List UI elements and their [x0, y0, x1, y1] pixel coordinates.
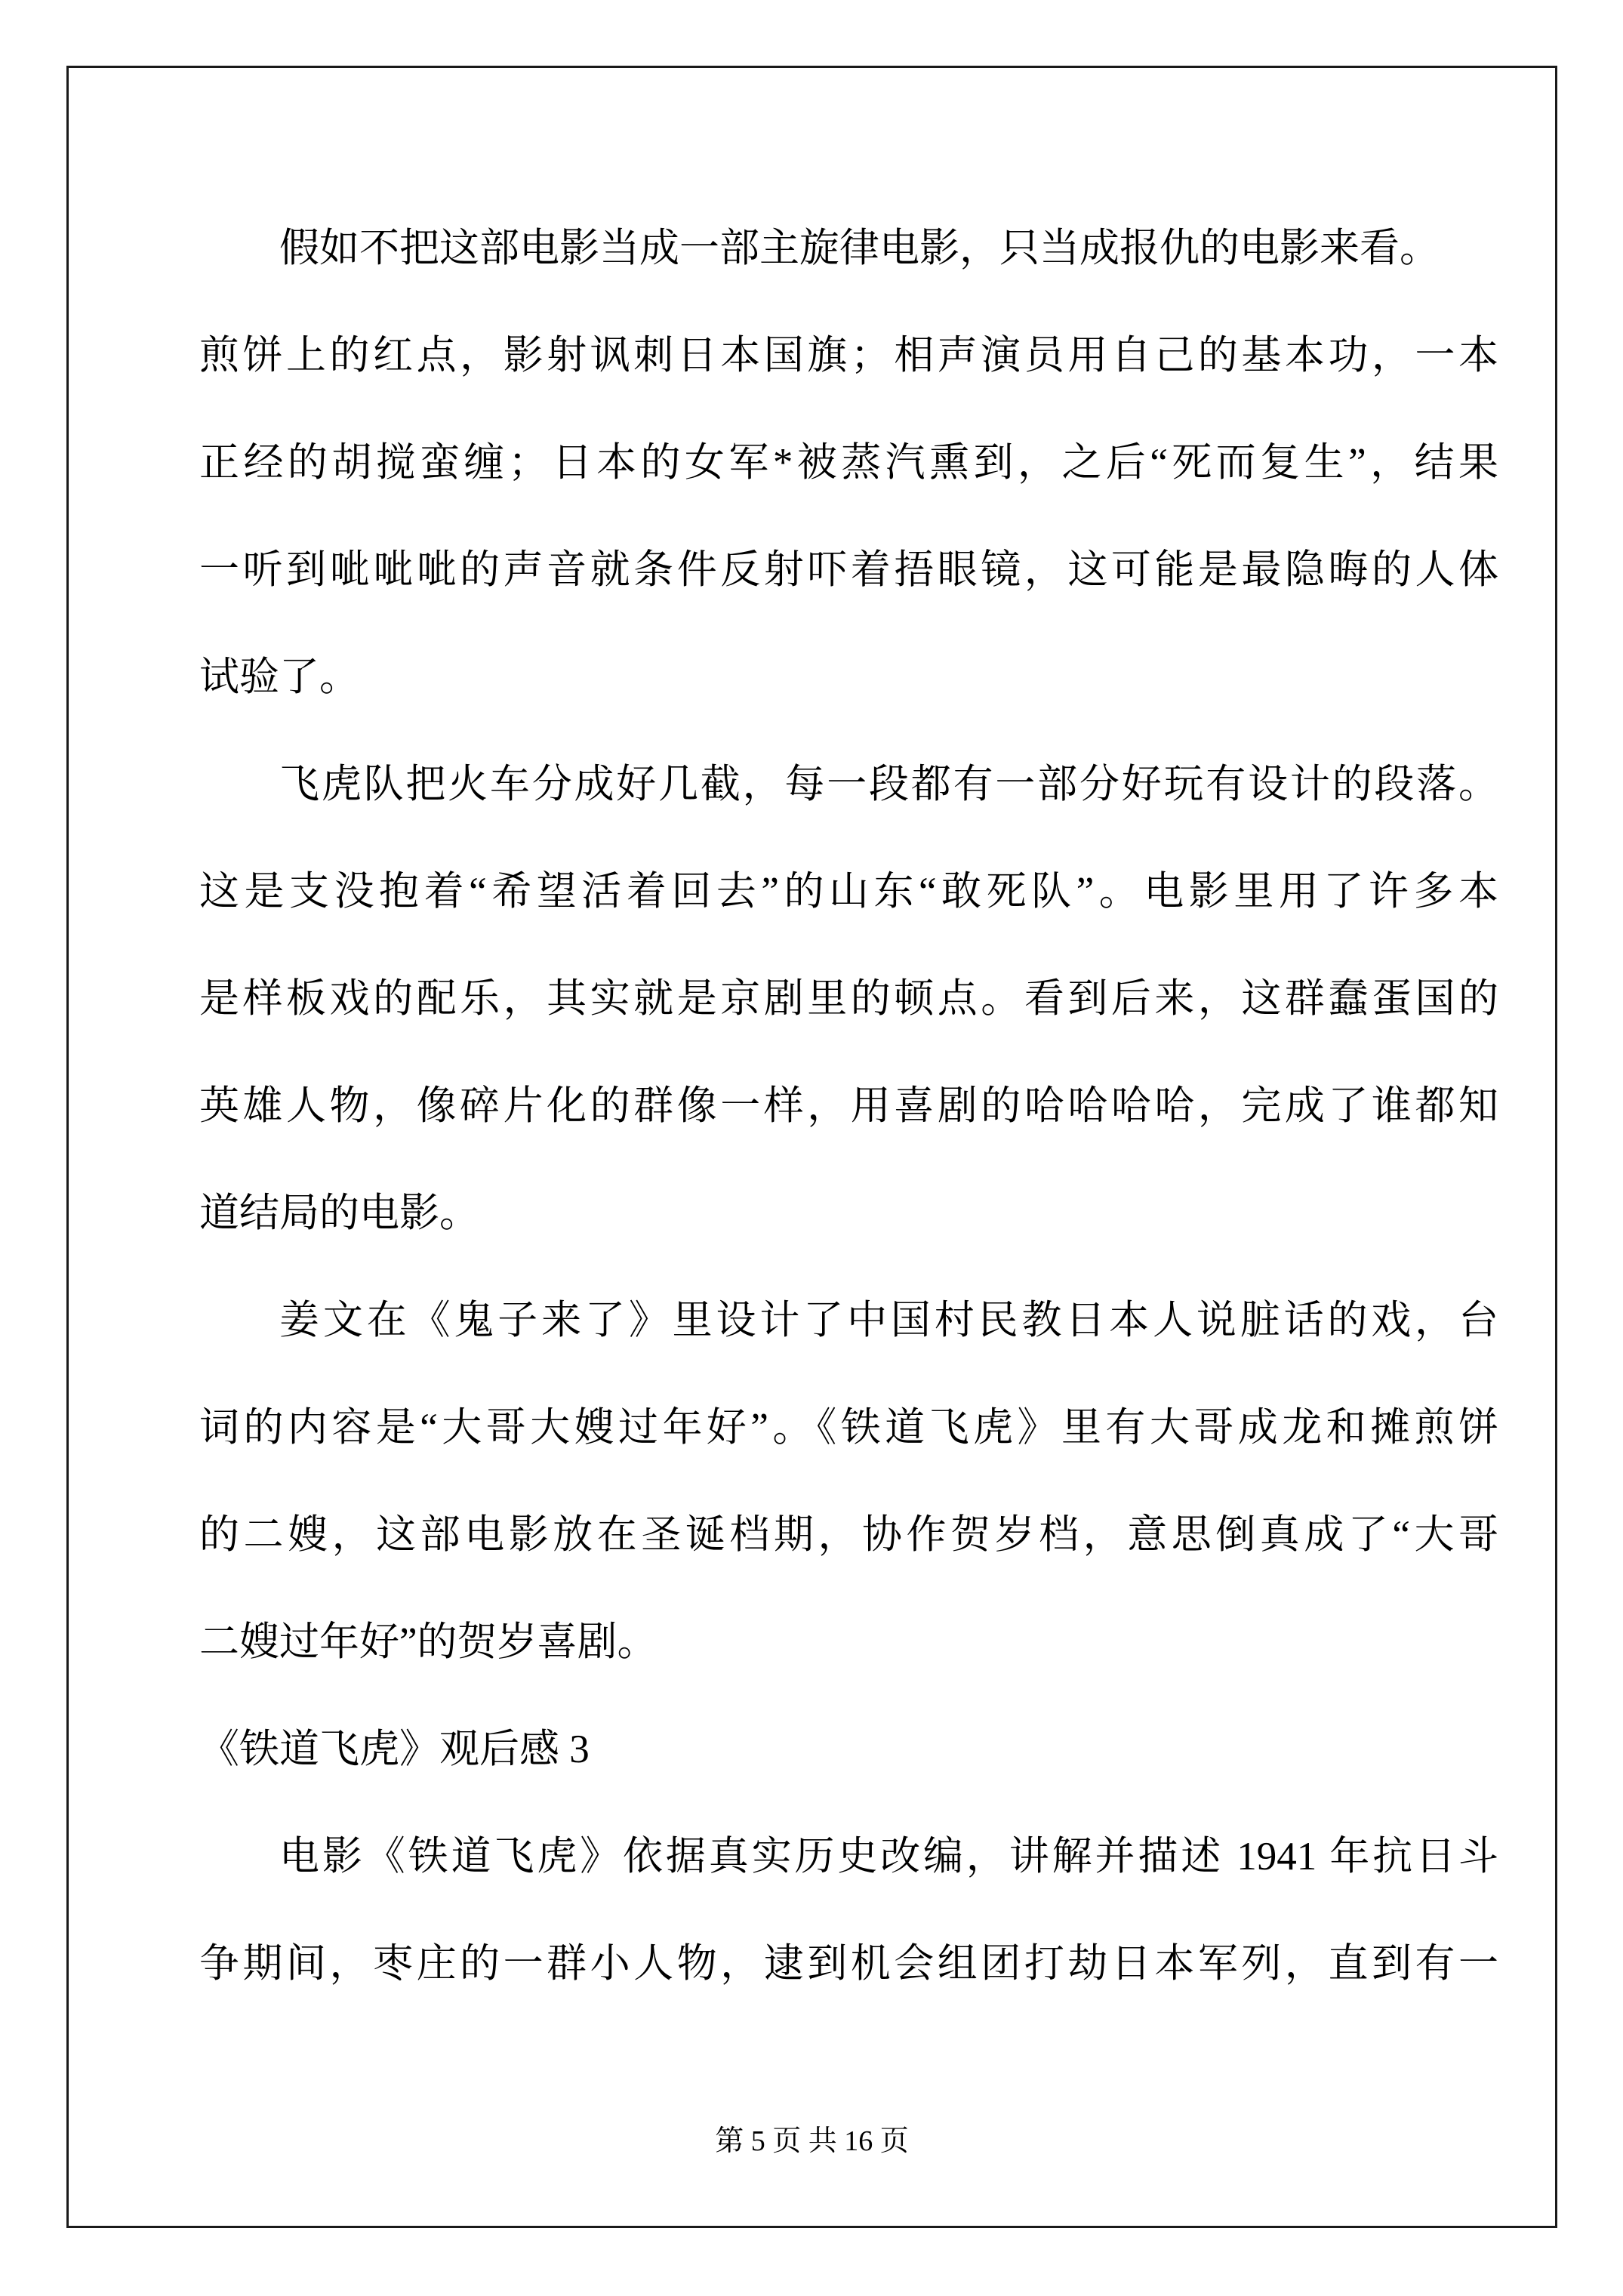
text-line: 一听到呲呲呲的声音就条件反射吓着捂眼镜，这可能是最隐晦的人体 [199, 516, 1498, 624]
text-line: 这是支没抱着“希望活着回去”的山东“敢死队”。电影里用了许多本 [199, 838, 1498, 945]
text-line: 假如不把这部电影当成一部主旋律电影，只当成报仇的电影来看。 [199, 195, 1498, 302]
text-line: 煎饼上的红点，影射讽刺日本国旗；相声演员用自己的基本功，一本 [199, 302, 1498, 409]
text-line: 飞虎队把火车分成好几截，每一段都有一部分好玩有设计的段落。 [199, 731, 1498, 838]
document-body: 假如不把这部电影当成一部主旋律电影，只当成报仇的电影来看。 煎饼上的红点，影射讽… [199, 195, 1498, 2017]
text-line: 的二嫂，这部电影放在圣诞档期，协作贺岁档，意思倒真成了“大哥 [199, 1481, 1498, 1589]
text-line: 姜文在《鬼子来了》里设计了中国村民教日本人说脏话的戏，台 [199, 1267, 1498, 1374]
page-footer: 第 5 页 共 16 页 [66, 2123, 1557, 2159]
text-line: 道结局的电影。 [199, 1160, 1498, 1267]
page-number-label: 第 5 页 共 16 页 [715, 2125, 909, 2157]
text-line: 正经的胡搅蛮缠；日本的女军*被蒸汽熏到，之后“死而复生”，结果 [199, 409, 1498, 516]
text-line: 试验了。 [199, 624, 1498, 731]
text-line: 二嫂过年好”的贺岁喜剧。 [199, 1589, 1498, 1696]
text-line: 英雄人物，像碎片化的群像一样，用喜剧的哈哈哈哈，完成了谁都知 [199, 1052, 1498, 1160]
text-line: 是样板戏的配乐，其实就是京剧里的顿点。看到后来，这群蠢蛋国的 [199, 945, 1498, 1052]
text-line: 词的内容是“大哥大嫂过年好”。《铁道飞虎》里有大哥成龙和摊煎饼 [199, 1374, 1498, 1481]
section-heading: 《铁道飞虎》观后感 3 [199, 1696, 1498, 1803]
text-line: 电影《铁道飞虎》依据真实历史改编，讲解并描述 1941 年抗日斗 [199, 1803, 1498, 1910]
text-line: 争期间，枣庄的一群小人物，逮到机会组团打劫日本军列，直到有一 [199, 1910, 1498, 2017]
